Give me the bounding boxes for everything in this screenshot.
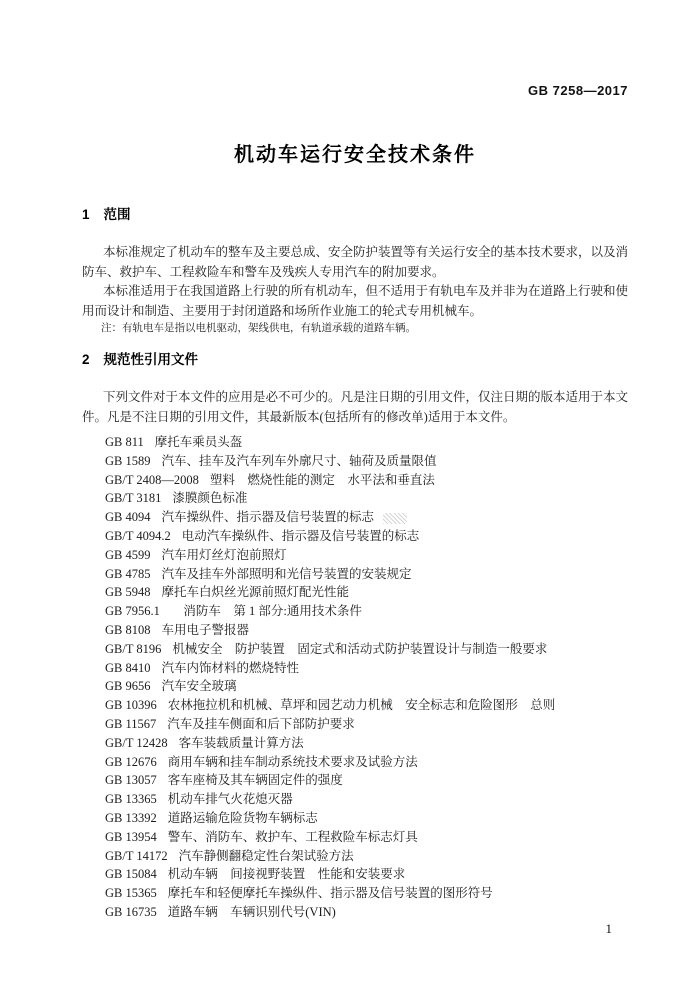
reference-title: 机动车辆 间接视野装置 性能和安装要求 [168, 867, 406, 881]
reference-item: GB 12676商用车辆和挂车制动系统技术要求及试验方法 [105, 753, 628, 772]
reference-item: GB 15084机动车辆 间接视野装置 性能和安装要求 [105, 865, 628, 884]
scope-note: 注：有轨电车是指以电机驱动，架线供电，有轨道承载的道路车辆。 [82, 321, 628, 337]
reference-code: GB 4094 [105, 510, 151, 524]
reference-title: 汽车及挂车外部照明和光信号装置的安装规定 [162, 567, 412, 581]
reference-item: GB/T 14172汽车静侧翻稳定性台架试验方法 [105, 847, 628, 866]
reference-item: GB 16735道路车辆 车辆识别代号(VIN) [105, 903, 628, 922]
section-1-heading: 1范围 [82, 208, 628, 222]
reference-title: 汽车及挂车侧面和后下部防护要求 [167, 717, 355, 731]
reference-item: GB 7956.1 消防车 第 1 部分:通用技术条件 [105, 602, 628, 621]
doc-code: GB 7258—2017 [82, 0, 628, 97]
reference-title: 汽车用灯丝灯泡前照灯 [162, 548, 287, 562]
section-1-number: 1 [82, 208, 90, 222]
reference-code: GB/T 8196 [105, 642, 161, 656]
reference-code: GB 811 [105, 435, 144, 449]
reference-item: GB 13365机动车排气火花熄灭器 [105, 790, 628, 809]
reference-item: GB 4785汽车及挂车外部照明和光信号装置的安装规定 [105, 565, 628, 584]
scope-paragraph-2: 本标准适用于在我国道路上行驶的所有机动车，但不适用于有轨电车及并非为在道路上行驶… [82, 282, 628, 321]
section-2-number: 2 [82, 353, 90, 367]
section-2-heading: 2规范性引用文件 [82, 353, 628, 367]
reference-code: GB 11567 [105, 717, 156, 731]
reference-code: GB/T 3181 [105, 491, 161, 505]
reference-title: 汽车内饰材料的燃烧特性 [162, 661, 300, 675]
reference-code: GB 1589 [105, 454, 151, 468]
reference-code: GB 13365 [105, 792, 157, 806]
reference-title: 车用电子警报器 [162, 623, 250, 637]
reference-item: GB 11567汽车及挂车侧面和后下部防护要求 [105, 715, 628, 734]
reference-item: GB/T 2408—2008塑料 燃烧性能的测定 水平法和垂直法 [105, 471, 628, 490]
reference-title: 机械安全 防护装置 固定式和活动式防护装置设计与制造一般要求 [172, 642, 547, 656]
reference-title: 摩托车白炽丝光源前照灯配光性能 [162, 585, 350, 599]
reference-code: GB 15084 [105, 867, 157, 881]
reference-title: 农林拖拉机和机械、草坪和园艺动力机械 安全标志和危险图形 总则 [168, 698, 556, 712]
reference-title: 道路运输危险货物车辆标志 [168, 811, 318, 825]
reference-code: GB 16735 [105, 905, 157, 919]
reference-title: 电动汽车操纵件、指示器及信号装置的标志 [182, 529, 420, 543]
reference-title: 摩托车乘员头盔 [155, 435, 243, 449]
reference-item: GB/T 8196机械安全 防护装置 固定式和活动式防护装置设计与制造一般要求 [105, 640, 628, 659]
reference-item: GB 4094汽车操纵件、指示器及信号装置的标志 [105, 508, 628, 527]
reference-title: 漆膜颜色标准 [172, 491, 247, 505]
reference-code: GB 13057 [105, 773, 157, 787]
reference-title: 商用车辆和挂车制动系统技术要求及试验方法 [168, 755, 418, 769]
reference-code: GB 4599 [105, 548, 151, 562]
reference-title: 摩托车和轻便摩托车操纵件、指示器及信号装置的图形符号 [168, 886, 493, 900]
reference-title: 汽车、挂车及汽车列车外廓尺寸、轴荷及质量限值 [162, 454, 437, 468]
reference-title: 客车座椅及其车辆固定件的强度 [168, 773, 343, 787]
reference-code: GB 8108 [105, 623, 151, 637]
reference-code: GB 4785 [105, 567, 151, 581]
reference-item: GB 15365摩托车和轻便摩托车操纵件、指示器及信号装置的图形符号 [105, 884, 628, 903]
reference-title: 汽车静侧翻稳定性台架试验方法 [179, 849, 354, 863]
section-1-title: 范围 [104, 207, 131, 222]
page-number: 1 [82, 922, 628, 936]
reference-code: GB 9656 [105, 679, 151, 693]
reference-item: GB 8410汽车内饰材料的燃烧特性 [105, 659, 628, 678]
reference-title: 机动车排气火花熄灭器 [168, 792, 293, 806]
reference-item: GB 4599汽车用灯丝灯泡前照灯 [105, 546, 628, 565]
reference-code: GB 13392 [105, 811, 157, 825]
section-2-title: 规范性引用文件 [104, 352, 199, 367]
reference-title: 消防车 第 1 部分:通用技术条件 [171, 604, 362, 618]
reference-item: GB 10396农林拖拉机和机械、草坪和园艺动力机械 安全标志和危险图形 总则 [105, 696, 628, 715]
doc-title: 机动车运行安全技术条件 [82, 144, 628, 166]
page-content: GB 7258—2017 机动车运行安全技术条件 1范围 本标准规定了机动车的整… [82, 0, 628, 936]
reference-item: GB 13392道路运输危险货物车辆标志 [105, 809, 628, 828]
reference-code: GB/T 12428 [105, 736, 168, 750]
reference-code: GB 13954 [105, 830, 157, 844]
reference-title: 汽车安全玻璃 [162, 679, 237, 693]
reference-code: GB 8410 [105, 661, 151, 675]
reference-item: GB 13057客车座椅及其车辆固定件的强度 [105, 771, 628, 790]
references-intro: 下列文件对于本文件的应用是必不可少的。凡是注日期的引用文件，仅注日期的版本适用于… [82, 388, 628, 427]
reference-title: 汽车操纵件、指示器及信号装置的标志 [162, 510, 375, 524]
reference-title: 警车、消防车、救护车、工程救险车标志灯具 [168, 830, 418, 844]
reference-item: GB 5948摩托车白炽丝光源前照灯配光性能 [105, 583, 628, 602]
reference-code: GB 7956.1 [105, 604, 160, 618]
reference-item: GB 1589汽车、挂车及汽车列车外廓尺寸、轴荷及质量限值 [105, 452, 628, 471]
reference-item: GB/T 4094.2电动汽车操纵件、指示器及信号装置的标志 [105, 527, 628, 546]
reference-item: GB/T 3181漆膜颜色标准 [105, 489, 628, 508]
reference-code: GB/T 2408—2008 [105, 473, 199, 487]
reference-item: GB 8108车用电子警报器 [105, 621, 628, 640]
reference-item: GB/T 12428客车装载质量计算方法 [105, 734, 628, 753]
reference-title: 塑料 燃烧性能的测定 水平法和垂直法 [210, 473, 435, 487]
reference-code: GB 5948 [105, 585, 151, 599]
reference-item: GB 811摩托车乘员头盔 [105, 433, 628, 452]
reference-title: 道路车辆 车辆识别代号(VIN) [168, 905, 336, 919]
references-list: GB 811摩托车乘员头盔GB 1589汽车、挂车及汽车列车外廓尺寸、轴荷及质量… [82, 433, 628, 922]
reference-code: GB 12676 [105, 755, 157, 769]
reference-code: GB/T 14172 [105, 849, 168, 863]
reference-title: 客车装载质量计算方法 [179, 736, 304, 750]
scope-paragraph-1: 本标准规定了机动车的整车及主要总成、安全防护装置等有关运行安全的基本技术要求，以… [82, 243, 628, 282]
reference-item: GB 9656汽车安全玻璃 [105, 677, 628, 696]
reference-code: GB 15365 [105, 886, 157, 900]
reference-code: GB/T 4094.2 [105, 529, 171, 543]
reference-item: GB 13954警车、消防车、救护车、工程救险车标志灯具 [105, 828, 628, 847]
document-page: GB 7258—2017 机动车运行安全技术条件 1范围 本标准规定了机动车的整… [0, 0, 700, 990]
reference-code: GB 10396 [105, 698, 157, 712]
stain-artifact [383, 513, 407, 524]
